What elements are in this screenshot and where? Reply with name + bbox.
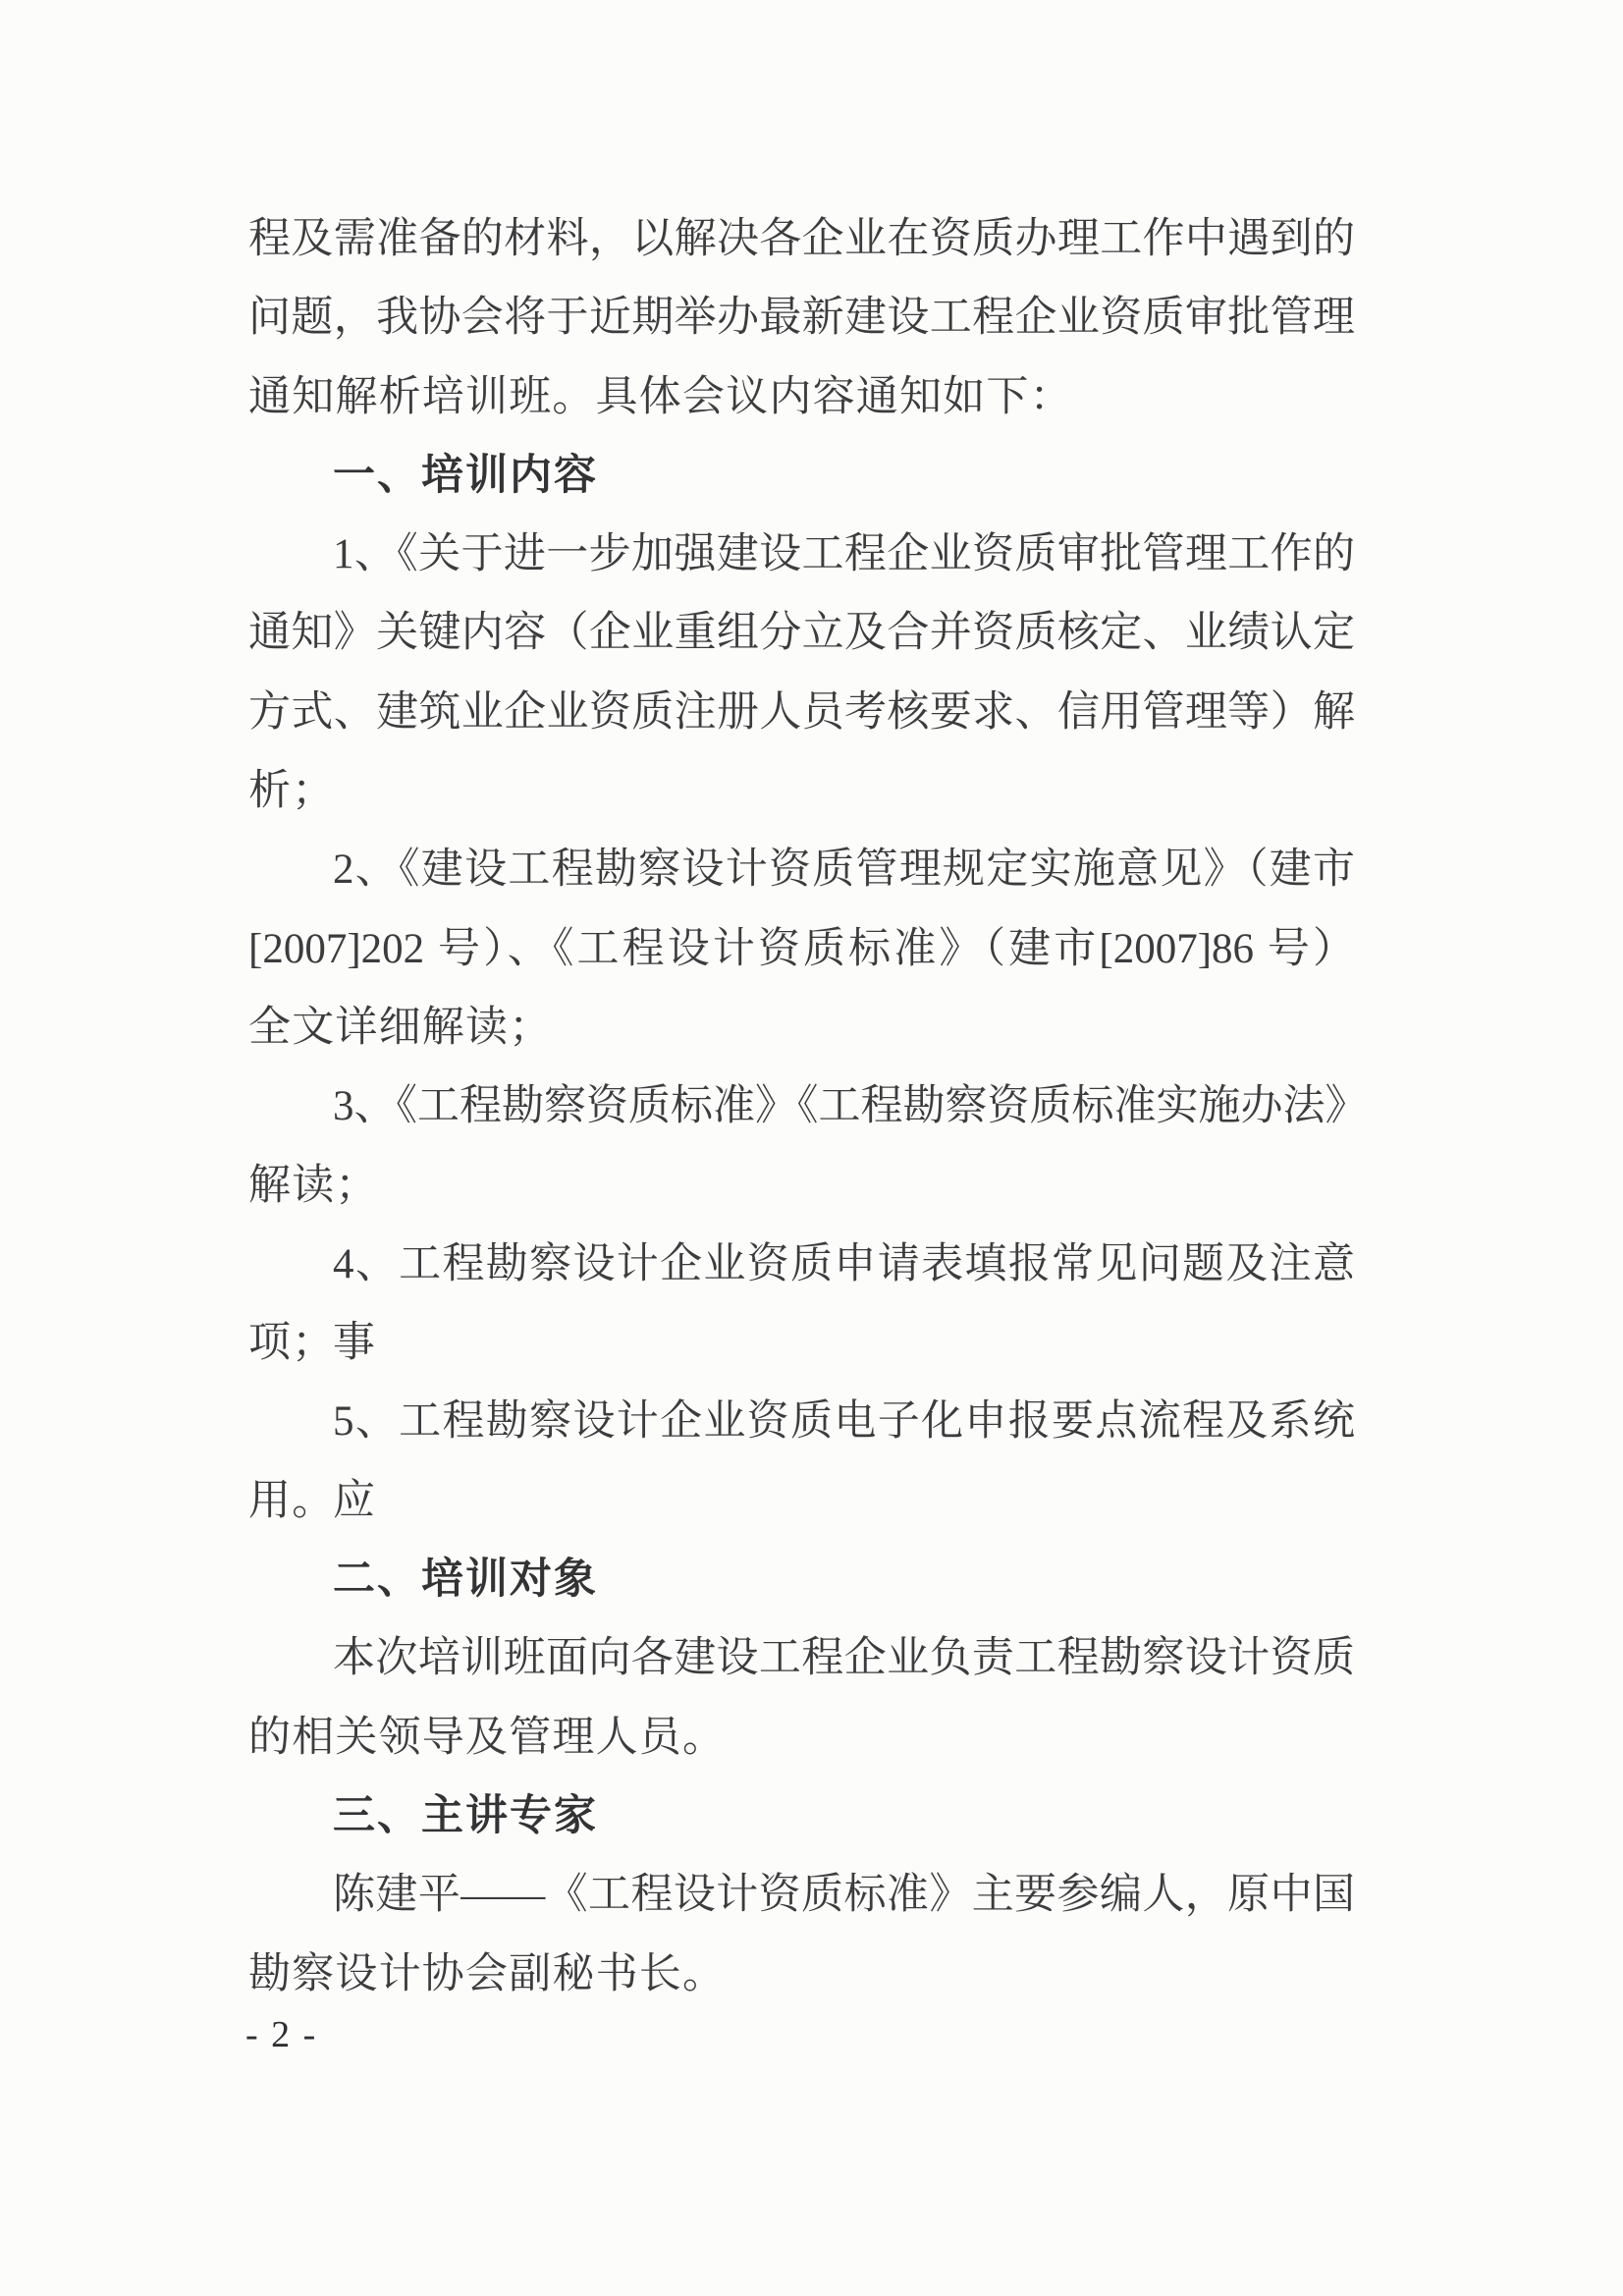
text-line: 2、《建设工程勘察设计资质管理规定实施意见》（建市 bbox=[248, 831, 1355, 909]
text-line: 1、《关于进一步加强建设工程企业资质审批管理工作的 bbox=[248, 516, 1355, 594]
section-heading: 三、主讲专家 bbox=[248, 1777, 1355, 1856]
page-number: - 2 - bbox=[245, 2005, 317, 2064]
text-line: 陈建平——《工程设计资质标准》主要参编人，原中国 bbox=[248, 1856, 1355, 1935]
text-line: 勘察设计协会副秘书长。 bbox=[248, 1936, 1355, 2014]
text-line: [2007]202 号）、《工程设计资质标准》（建市[2007]86 号） bbox=[248, 910, 1355, 989]
text-line: 项； bbox=[248, 1304, 1355, 1383]
text-line: 问题，我协会将于近期举办最新建设工程企业资质审批管理 bbox=[248, 279, 1355, 357]
text-line: 5、工程勘察设计企业资质电子化申报要点流程及系统应 bbox=[248, 1383, 1355, 1461]
text-line: 4、工程勘察设计企业资质申请表填报常见问题及注意事 bbox=[248, 1226, 1355, 1304]
document-text-block: 程及需准备的材料，以解决各企业在资质办理工作中遇到的问题，我协会将于近期举办最新… bbox=[248, 200, 1355, 2014]
text-line: 通知》关键内容（企业重组分立及合并资质核定、业绩认定 bbox=[248, 594, 1355, 673]
text-line: 本次培训班面向各建设工程企业负责工程勘察设计资质 bbox=[248, 1619, 1355, 1698]
text-line: 用。 bbox=[248, 1462, 1355, 1541]
text-line: 程及需准备的材料，以解决各企业在资质办理工作中遇到的 bbox=[248, 200, 1355, 279]
text-line: 解读； bbox=[248, 1147, 1355, 1226]
text-line: 的相关领导及管理人员。 bbox=[248, 1699, 1355, 1777]
text-line: 3、《工程勘察资质标准》《工程勘察资质标准实施办法》 bbox=[248, 1067, 1355, 1146]
section-heading: 二、培训对象 bbox=[248, 1541, 1355, 1619]
text-line: 方式、建筑业企业资质注册人员考核要求、信用管理等）解 bbox=[248, 674, 1355, 752]
text-line: 析； bbox=[248, 752, 1355, 831]
text-line: 全文详细解读； bbox=[248, 989, 1355, 1067]
text-line: 通知解析培训班。具体会议内容通知如下： bbox=[248, 358, 1355, 437]
document-page: 程及需准备的材料，以解决各企业在资质办理工作中遇到的问题，我协会将于近期举办最新… bbox=[0, 0, 1623, 2296]
section-heading: 一、培训内容 bbox=[248, 437, 1355, 516]
